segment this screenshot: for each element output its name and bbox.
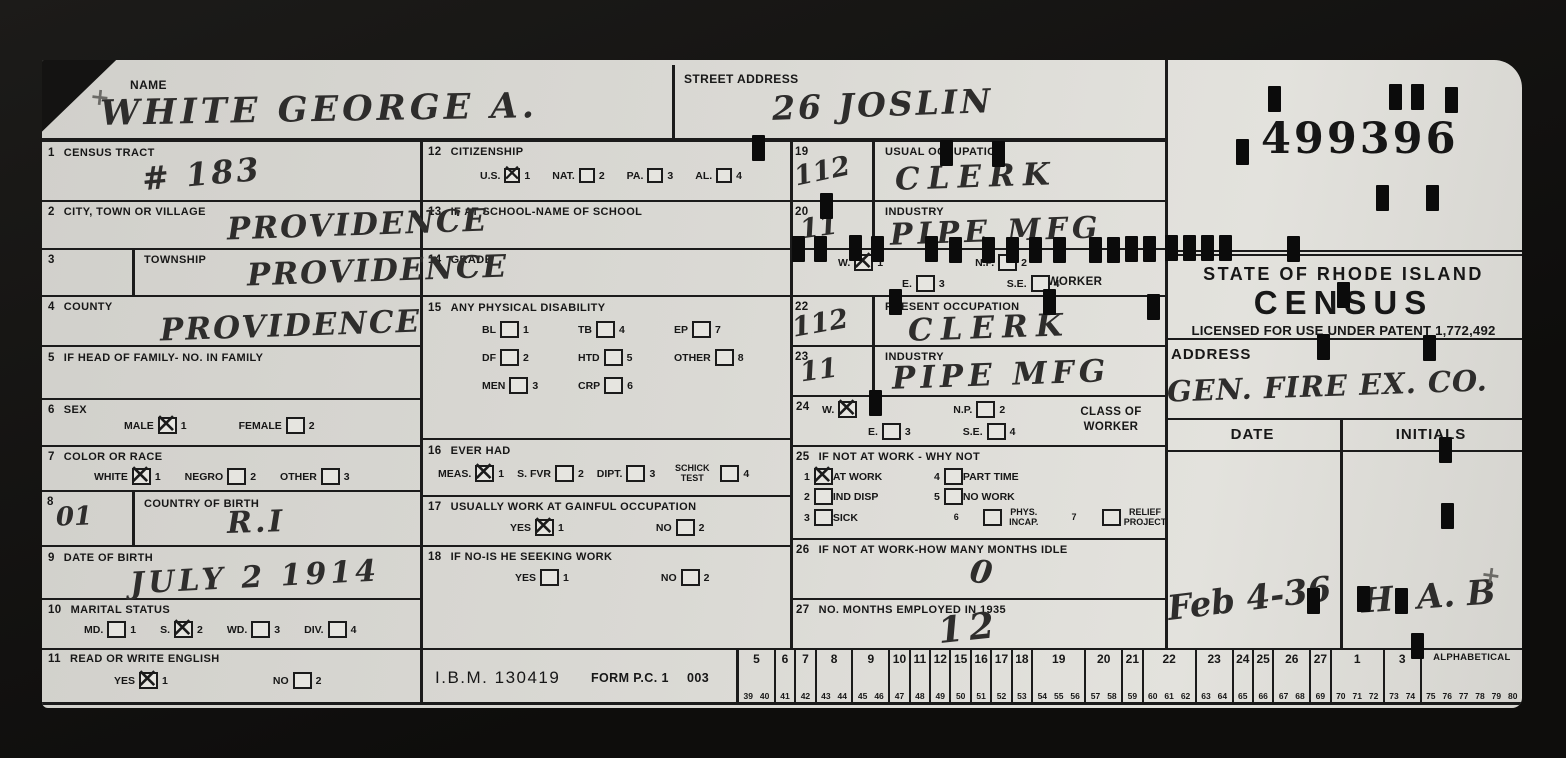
option-number: 3 xyxy=(649,468,655,480)
checkbox-option: YES1 xyxy=(515,569,569,586)
unchecked-checkbox xyxy=(976,401,995,418)
checkbox-option: W. xyxy=(822,401,861,418)
option-number: 1 xyxy=(877,257,883,269)
option-number: 3 xyxy=(532,380,538,392)
field-22-present-occupation: 22 112 PRESENT OCCUPATION CLERK xyxy=(790,295,1165,345)
option-number: 2 xyxy=(804,491,810,503)
checkbox-option: U.S.1 xyxy=(480,168,530,183)
checked-checkbox xyxy=(132,468,151,485)
option-number: 5 xyxy=(934,491,940,503)
column-numbers: 69 xyxy=(1312,692,1328,701)
column-index-cell: 641 xyxy=(774,650,794,702)
option-label: NO xyxy=(273,675,289,687)
unchecked-checkbox xyxy=(604,377,623,394)
checkbox-option: YES1 xyxy=(114,672,168,689)
field-number: 10 xyxy=(48,604,62,616)
option-label: PA. xyxy=(627,170,644,182)
checkbox-option: DIPT.3 xyxy=(597,465,656,482)
form-id-cell: I.B.M. 130419 FORM P.C. 1 003 xyxy=(420,650,736,702)
column-group-number: 27 xyxy=(1312,653,1328,665)
field-11-read-write-english: 11READ OR WRITE ENGLISH YES1NO2 xyxy=(42,650,420,702)
census-title-section: STATE OF RHODE ISLAND CENSUS LICENSED FO… xyxy=(1165,250,1522,340)
checkbox-option: 5NO WORK xyxy=(934,488,1050,505)
column-numbers: 6364 xyxy=(1198,692,1231,701)
unchecked-checkbox xyxy=(321,468,340,485)
field-label: DATE OF BIRTH xyxy=(64,552,153,564)
column-group-number: 23 xyxy=(1198,653,1231,665)
address-label: ADDRESS xyxy=(1171,346,1251,363)
option-number: 1 xyxy=(130,624,136,636)
usual-occupation-value: CLERK xyxy=(895,159,1059,196)
option-number: 4 xyxy=(619,324,625,336)
option-label: YES xyxy=(510,522,531,534)
column-group-number: 10 xyxy=(891,653,907,665)
street-address-label: STREET ADDRESS xyxy=(684,72,799,86)
column-group-number: 21 xyxy=(1124,653,1140,665)
read-write-options: YES1NO2 xyxy=(114,672,321,689)
field-label: EVER HAD xyxy=(451,445,511,457)
checkbox-option: 2IND DISP xyxy=(804,488,934,505)
class-of-worker-side-label: CLASS OF WORKER xyxy=(1065,405,1157,435)
field-20-industry: 20 11 INDUSTRY PIPE MFG xyxy=(790,200,1165,248)
date-initials-header: DATE INITIALS xyxy=(1165,420,1522,452)
name-street-row: + NAME WHITE GEORGE A. STREET ADDRESS 26… xyxy=(42,60,1165,140)
checkbox-option: MEN3 xyxy=(482,377,578,394)
unchecked-checkbox xyxy=(1102,509,1121,526)
option-number: 1 xyxy=(558,522,564,534)
patent-license-line: LICENSED FOR USE UNDER PATENT 1,772,492 xyxy=(1165,323,1522,338)
option-number: 1 xyxy=(498,468,504,480)
field-number: 27 xyxy=(796,604,810,616)
field-number: 12 xyxy=(428,146,442,158)
industry-value: PIPE MFG xyxy=(890,213,1104,250)
unchecked-checkbox xyxy=(944,488,963,505)
column-group-number: 8 xyxy=(818,653,851,665)
column-numbers: 53 xyxy=(1014,692,1030,701)
option-label: SICK xyxy=(833,512,858,524)
checkbox-option: CRP6 xyxy=(578,377,674,394)
option-label: S.E. xyxy=(963,426,983,438)
unchecked-checkbox xyxy=(579,168,595,183)
column-group-number: 15 xyxy=(952,653,968,665)
column-index-cell: 2465 xyxy=(1232,650,1252,702)
unchecked-checkbox xyxy=(555,465,574,482)
city-value: PROVIDENCE xyxy=(227,205,489,245)
checkbox-option: S. FVR2 xyxy=(517,465,584,482)
option-number: 1 xyxy=(162,675,168,687)
unchecked-checkbox xyxy=(692,321,711,338)
column-numbers: 757677787980 xyxy=(1423,692,1521,701)
months-idle-value: 0 xyxy=(968,555,995,590)
checked-checkbox xyxy=(475,465,494,482)
county-value: PROVIDENCE xyxy=(160,306,422,346)
column-numbers: 41 xyxy=(777,692,793,701)
field-8-country-of-birth: 8 01 COUNTRY OF BIRTH R.I xyxy=(42,490,420,545)
column-numbers: 707172 xyxy=(1333,692,1382,701)
col2-col3-divider xyxy=(790,140,793,648)
field-label: MARITAL STATUS xyxy=(71,604,171,616)
field-label: IF NOT AT WORK - WHY NOT xyxy=(819,451,981,463)
checked-checkbox xyxy=(174,621,193,638)
option-number: 5 xyxy=(627,352,633,364)
present-industry-code: 11 xyxy=(798,355,839,387)
option-label: MALE xyxy=(124,420,154,432)
field-number: 3 xyxy=(48,254,55,266)
form-name: FORM P.C. 1 xyxy=(591,671,669,685)
checkbox-option: 7RELIEF PROJECT xyxy=(1050,508,1173,528)
option-label: MD. xyxy=(84,624,103,636)
field-1-census-tract: 1CENSUS TRACT # 183 xyxy=(42,140,420,200)
checkbox-option: EP7 xyxy=(674,321,744,338)
date-initials-body: Feb 4-36 H. A. B + xyxy=(1165,452,1522,648)
address-value: GEN. FIRE EX. CO. xyxy=(1167,366,1489,406)
column-index-cell: 2159 xyxy=(1121,650,1141,702)
option-number: 4 xyxy=(1010,426,1016,438)
column-index-cell: 236364 xyxy=(1195,650,1232,702)
checkbox-option: NO2 xyxy=(661,569,710,586)
option-label: AL. xyxy=(695,170,712,182)
column-group-number: 20 xyxy=(1087,653,1120,665)
checkbox-option: YES1 xyxy=(510,519,564,536)
field-15-physical-disability: 15ANY PHYSICAL DISABILITY BL1TB4EP7DF2HT… xyxy=(420,295,790,438)
field-label: USUAL OCCUPATION xyxy=(885,146,1004,158)
checkbox-option: MD.1 xyxy=(84,621,136,638)
census-title: CENSUS xyxy=(1165,286,1522,319)
field-number: 19 xyxy=(795,146,809,158)
unchecked-checkbox xyxy=(286,417,305,434)
worker-options-row1: W.1N.P.2 xyxy=(838,254,1027,271)
checkbox-option: BL1 xyxy=(482,321,578,338)
census-tract-value: # 183 xyxy=(141,153,263,195)
unchecked-checkbox xyxy=(500,321,519,338)
census-punch-card: + NAME WHITE GEORGE A. STREET ADDRESS 26… xyxy=(42,60,1522,708)
date-entry-value: Feb 4-36 xyxy=(1166,572,1334,626)
name-label: NAME xyxy=(130,78,167,92)
column-numbers: 59 xyxy=(1124,692,1140,701)
field-18-seeking-work: 18IF NO-IS HE SEEKING WORK YES1NO2 xyxy=(420,545,790,648)
field-9-date-of-birth: 9DATE OF BIRTH JULY 2 1914 xyxy=(42,545,420,598)
sex-options: MALE1FEMALE2 xyxy=(124,417,315,434)
option-label: WD. xyxy=(227,624,247,636)
checked-checkbox xyxy=(838,401,857,418)
initials-entry-value: H. A. B xyxy=(1360,575,1497,618)
date-column-header: DATE xyxy=(1165,420,1340,450)
option-number: 1 xyxy=(155,471,161,483)
column-index-cell: 742 xyxy=(794,650,814,702)
checkbox-option: NEGRO2 xyxy=(185,468,256,485)
column-numbers: 5758 xyxy=(1087,692,1120,701)
name-value: WHITE GEORGE A. xyxy=(100,88,538,131)
country-of-birth-value: R.I xyxy=(226,507,285,539)
field-number: 17 xyxy=(428,501,442,513)
column-numbers: 49 xyxy=(932,692,948,701)
option-label: AT WORK xyxy=(833,471,882,483)
option-number: 6 xyxy=(934,513,979,523)
state-title: STATE OF RHODE ISLAND xyxy=(1165,264,1522,285)
option-label: W. xyxy=(822,404,834,416)
checked-checkbox xyxy=(139,672,158,689)
column-index-cell: 1853 xyxy=(1011,650,1031,702)
unchecked-checkbox xyxy=(716,168,732,183)
unchecked-checkbox xyxy=(814,488,833,505)
worker-options-row2: E.3S.E.4 xyxy=(902,275,1059,292)
checkbox-option: MALE1 xyxy=(124,417,187,434)
option-number: 1 xyxy=(523,324,529,336)
option-number: 1 xyxy=(563,572,569,584)
option-label: PART TIME xyxy=(963,471,1019,483)
field-number: 4 xyxy=(48,301,55,313)
present-occupation-value: CLERK xyxy=(908,310,1072,347)
option-number: 1 xyxy=(524,170,530,182)
plus-pencil-mark: + xyxy=(89,81,112,112)
unchecked-checkbox xyxy=(293,672,312,689)
field-23-code-box: 23 11 xyxy=(790,347,875,395)
marital-status-options: MD.1S.2WD.3DIV.4 xyxy=(84,621,356,638)
checkbox-option: 6PHYS. INCAP. xyxy=(934,508,1050,528)
field-19-usual-occupation: 19 112 USUAL OCCUPATION CLERK xyxy=(790,140,1165,200)
ibm-form-number: I.B.M. 130419 xyxy=(435,668,560,688)
serial-number-section: 499396 xyxy=(1165,60,1522,250)
checkbox-option: E.3 xyxy=(902,275,945,292)
column-numbers: 47 xyxy=(891,692,907,701)
field-3-township: 3 TOWNSHIP PROVIDENCE xyxy=(42,248,420,295)
checkbox-option: NO2 xyxy=(656,519,705,536)
option-number: 3 xyxy=(804,512,810,524)
column-index-cell: 2566 xyxy=(1252,650,1272,702)
option-number: 4 xyxy=(736,170,742,182)
class-of-worker-row1: W.N.P.2 xyxy=(822,401,1005,418)
unchecked-checkbox xyxy=(987,423,1006,440)
seeking-work-options: YES1NO2 xyxy=(515,569,709,586)
option-number: 7 xyxy=(1050,513,1098,523)
column-group-number: 16 xyxy=(973,653,989,665)
option-label: NO WORK xyxy=(963,491,1015,503)
option-label: TB xyxy=(578,324,592,336)
citizenship-options: U.S.1NAT.2PA.3AL.4 xyxy=(480,168,742,183)
option-number: 7 xyxy=(715,324,721,336)
option-number: 4 xyxy=(934,471,940,483)
unchecked-checkbox xyxy=(107,621,126,638)
unchecked-checkbox xyxy=(882,423,901,440)
field-16-ever-had: 16EVER HAD MEAS.1S. FVR2DIPT.3SCHICK TES… xyxy=(420,438,790,495)
column-index-cell: 2769 xyxy=(1309,650,1329,702)
column-index-cell: 1651 xyxy=(970,650,990,702)
checkbox-option: DIV.4 xyxy=(304,621,356,638)
field-19-code-box: 19 112 xyxy=(790,142,875,200)
option-number: 8 xyxy=(738,352,744,364)
checkbox-option: NAT.2 xyxy=(552,168,604,183)
column-group-number: ALPHABETICAL xyxy=(1423,653,1521,663)
unchecked-checkbox xyxy=(916,275,935,292)
checkbox-option: AL.4 xyxy=(695,168,742,183)
option-label: NO xyxy=(661,572,677,584)
column-group-number: 6 xyxy=(777,653,793,665)
checkbox-option: OTHER3 xyxy=(280,468,350,485)
class-of-worker-row2: E.3S.E.4 xyxy=(868,423,1015,440)
column-group-number: 11 xyxy=(912,653,928,665)
unchecked-checkbox xyxy=(500,349,519,366)
field-27-months-employed: 27NO. MONTHS EMPLOYED IN 1935 12 xyxy=(790,598,1165,648)
field-number: 8 xyxy=(47,496,54,508)
race-options: WHITE1NEGRO2OTHER3 xyxy=(94,468,350,485)
option-number: 2 xyxy=(197,624,203,636)
unchecked-checkbox xyxy=(681,569,700,586)
option-label: HTD xyxy=(578,352,600,364)
column-index-cell: 266768 xyxy=(1272,650,1309,702)
unchecked-checkbox xyxy=(676,519,695,536)
checkbox-option: OTHER8 xyxy=(674,349,744,366)
field-label: USUALLY WORK AT GAINFUL OCCUPATION xyxy=(451,501,697,513)
column-numbers: 606162 xyxy=(1145,692,1194,701)
field-number: 2 xyxy=(48,206,55,218)
column-index-cell: 1752 xyxy=(990,650,1010,702)
address-section: ADDRESS GEN. FIRE EX. CO. xyxy=(1165,340,1522,420)
checkbox-option: N.P.2 xyxy=(953,401,1005,418)
column-numbers: 48 xyxy=(912,692,928,701)
present-occupation-code: 112 xyxy=(790,305,850,341)
option-number: 3 xyxy=(939,278,945,290)
column-index-cell: 1707172 xyxy=(1330,650,1383,702)
field-number: 6 xyxy=(48,404,55,416)
option-number: 4 xyxy=(1054,278,1060,290)
column-index-cell: 53940 xyxy=(739,650,774,702)
column-group-number: 19 xyxy=(1034,653,1083,665)
option-label: W. xyxy=(838,257,850,269)
checked-checkbox xyxy=(854,254,873,271)
option-number: 2 xyxy=(578,468,584,480)
field-number: 15 xyxy=(428,302,442,314)
unchecked-checkbox xyxy=(983,509,1002,526)
checkbox-option: MEAS.1 xyxy=(438,465,504,482)
option-label: E. xyxy=(902,278,912,290)
checkbox-option: FEMALE2 xyxy=(239,417,315,434)
unchecked-checkbox xyxy=(998,254,1017,271)
column-group-number: 25 xyxy=(1255,653,1271,665)
field-label: CENSUS TRACT xyxy=(64,147,155,159)
column-index-cell: 22606162 xyxy=(1142,650,1195,702)
column-group-number: 5 xyxy=(740,653,773,665)
field-22-code-box: 22 112 xyxy=(790,297,875,345)
ever-had-options: MEAS.1S. FVR2DIPT.3SCHICK TEST4 xyxy=(438,464,749,484)
punch-column-index: 5394064174284344945461047114812491550165… xyxy=(736,650,1522,702)
option-label: PHYS. INCAP. xyxy=(1002,508,1047,528)
card-serial-number: 499396 xyxy=(1261,118,1459,161)
column-numbers: 3940 xyxy=(740,692,773,701)
field-24-class-of-worker: 24 W.N.P.2 E.3S.E.4 CLASS OF WORKER xyxy=(790,395,1165,445)
column-numbers: 7374 xyxy=(1386,692,1419,701)
unchecked-checkbox xyxy=(814,509,833,526)
column-index-cell: 84344 xyxy=(815,650,852,702)
checkbox-option: WD.3 xyxy=(227,621,280,638)
option-number: 2 xyxy=(699,522,705,534)
field-label: ANY PHYSICAL DISABILITY xyxy=(451,302,606,314)
checked-checkbox xyxy=(535,519,554,536)
present-industry-value: PIPE MFG xyxy=(892,356,1111,395)
unchecked-checkbox xyxy=(604,349,623,366)
checked-checkbox xyxy=(814,468,833,485)
checkbox-option: S.E.4 xyxy=(1007,275,1060,292)
name-section: + NAME WHITE GEORGE A. xyxy=(42,60,672,138)
field-8-code-box: 8 01 xyxy=(42,492,135,545)
column-group-number: 24 xyxy=(1235,653,1251,665)
field-number: 25 xyxy=(796,451,810,463)
option-label: NEGRO xyxy=(185,471,224,483)
field-5-head-of-family: 5IF HEAD OF FAMILY- NO. IN FAMILY xyxy=(42,345,420,398)
checkbox-option: W.1 xyxy=(838,254,883,271)
option-label: E. xyxy=(868,426,878,438)
column-numbers: 52 xyxy=(993,692,1009,701)
column-numbers: 4344 xyxy=(818,692,851,701)
option-number: 6 xyxy=(627,380,633,392)
column-index-cell: 1047 xyxy=(888,650,908,702)
column-numbers: 4546 xyxy=(854,692,887,701)
bottom-band: 11READ OR WRITE ENGLISH YES1NO2 I.B.M. 1… xyxy=(42,648,1522,705)
unchecked-checkbox xyxy=(1031,275,1050,292)
months-employed-value: 12 xyxy=(936,607,1002,649)
field-label: IF NOT AT WORK-HOW MANY MONTHS IDLE xyxy=(819,544,1068,556)
initials-column-header: INITIALS xyxy=(1340,420,1522,450)
unchecked-checkbox xyxy=(626,465,645,482)
checkbox-option: 1AT WORK xyxy=(804,468,934,485)
field-label: IF NO-IS HE SEEKING WORK xyxy=(451,551,613,563)
option-label: S.E. xyxy=(1007,278,1027,290)
option-label: NAT. xyxy=(552,170,575,182)
option-label: OTHER xyxy=(280,471,317,483)
option-label: EP xyxy=(674,324,688,336)
option-label: RELIEF PROJECT xyxy=(1121,508,1169,528)
column-group-number: 26 xyxy=(1275,653,1308,665)
why-not-options: 1AT WORK4PART TIME2IND DISP5NO WORK3SICK… xyxy=(804,468,1173,528)
column-index-cell: 94546 xyxy=(851,650,888,702)
col3-col4-divider xyxy=(1165,60,1168,648)
scanned-census-card-page: { "serial_number": "499396", "pencil_mar… xyxy=(0,0,1566,758)
checkbox-option: S.2 xyxy=(160,621,203,638)
unchecked-checkbox xyxy=(540,569,559,586)
column-index-cell: ALPHABETICAL757677787980 xyxy=(1420,650,1522,702)
column-group-number: 18 xyxy=(1014,653,1030,665)
option-number: 3 xyxy=(344,471,350,483)
field-23-industry: 23 11 INDUSTRY PIPE MFG xyxy=(790,345,1165,395)
field-4-county: 4COUNTY PROVIDENCE xyxy=(42,295,420,345)
field-number: 11 xyxy=(48,653,61,665)
checkbox-option: TB4 xyxy=(578,321,674,338)
column-group-number: 3 xyxy=(1386,653,1419,665)
unchecked-checkbox xyxy=(328,621,347,638)
column-group-number: 9 xyxy=(854,653,887,665)
column-group-number: 1 xyxy=(1333,653,1382,665)
column-index-cell: 1550 xyxy=(949,650,969,702)
option-number: 3 xyxy=(905,426,911,438)
option-label: SCHICK TEST xyxy=(668,464,716,484)
column-numbers: 42 xyxy=(797,692,813,701)
option-label: U.S. xyxy=(480,170,500,182)
checkbox-option: E.3 xyxy=(868,423,911,440)
checkbox-option: DF2 xyxy=(482,349,578,366)
plus-pencil-mark-bottom: + xyxy=(1479,559,1503,591)
option-label: MEAS. xyxy=(438,468,471,480)
industry-code: 11 xyxy=(798,212,839,244)
option-label: WHITE xyxy=(94,471,128,483)
unchecked-checkbox xyxy=(944,468,963,485)
unchecked-checkbox xyxy=(227,468,246,485)
field-number: 26 xyxy=(796,544,810,556)
unchecked-checkbox xyxy=(596,321,615,338)
field-12-citizenship: 12CITIZENSHIP U.S.1NAT.2PA.3AL.4 xyxy=(420,140,790,200)
option-label: CRP xyxy=(578,380,600,392)
option-number: 4 xyxy=(351,624,357,636)
column-index-cell: 1148 xyxy=(909,650,929,702)
column-numbers: 6768 xyxy=(1275,692,1308,701)
